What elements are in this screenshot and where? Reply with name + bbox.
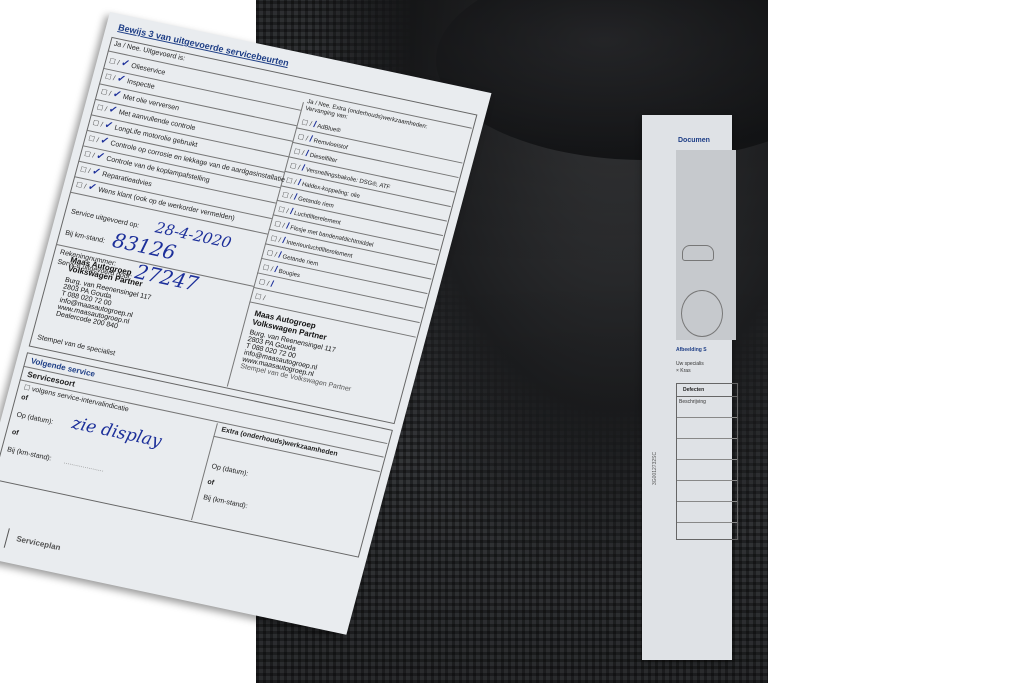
diagram-legend: × Kras <box>676 368 691 374</box>
defects-header: Defecten <box>677 384 737 397</box>
defects-row <box>677 418 737 439</box>
right-page: Documen Afbeelding S Uw specialis × Kras… <box>642 115 732 660</box>
or-label: of <box>11 429 19 437</box>
checkbox-icon[interactable]: ☐ <box>23 384 31 392</box>
defects-row <box>677 460 737 481</box>
diagram-caption: Afbeelding S <box>676 347 707 353</box>
defects-row <box>677 439 737 460</box>
document-code: 3G0012732SC <box>652 452 658 485</box>
car-outline-icon <box>681 290 723 337</box>
right-page-title: Documen <box>678 137 710 144</box>
divider <box>4 528 10 548</box>
section-name: Serviceplan <box>15 534 61 552</box>
defects-row <box>677 481 737 502</box>
car-diagram <box>676 150 736 340</box>
extra-or-label: of <box>206 479 214 487</box>
or-label: of <box>20 394 28 402</box>
car-icon <box>682 245 714 261</box>
defects-description: Beschrijving <box>677 397 737 418</box>
defects-table: Defecten Beschrijving <box>676 383 738 540</box>
diagram-note: Uw specialis <box>676 361 704 367</box>
defects-row <box>677 502 737 523</box>
